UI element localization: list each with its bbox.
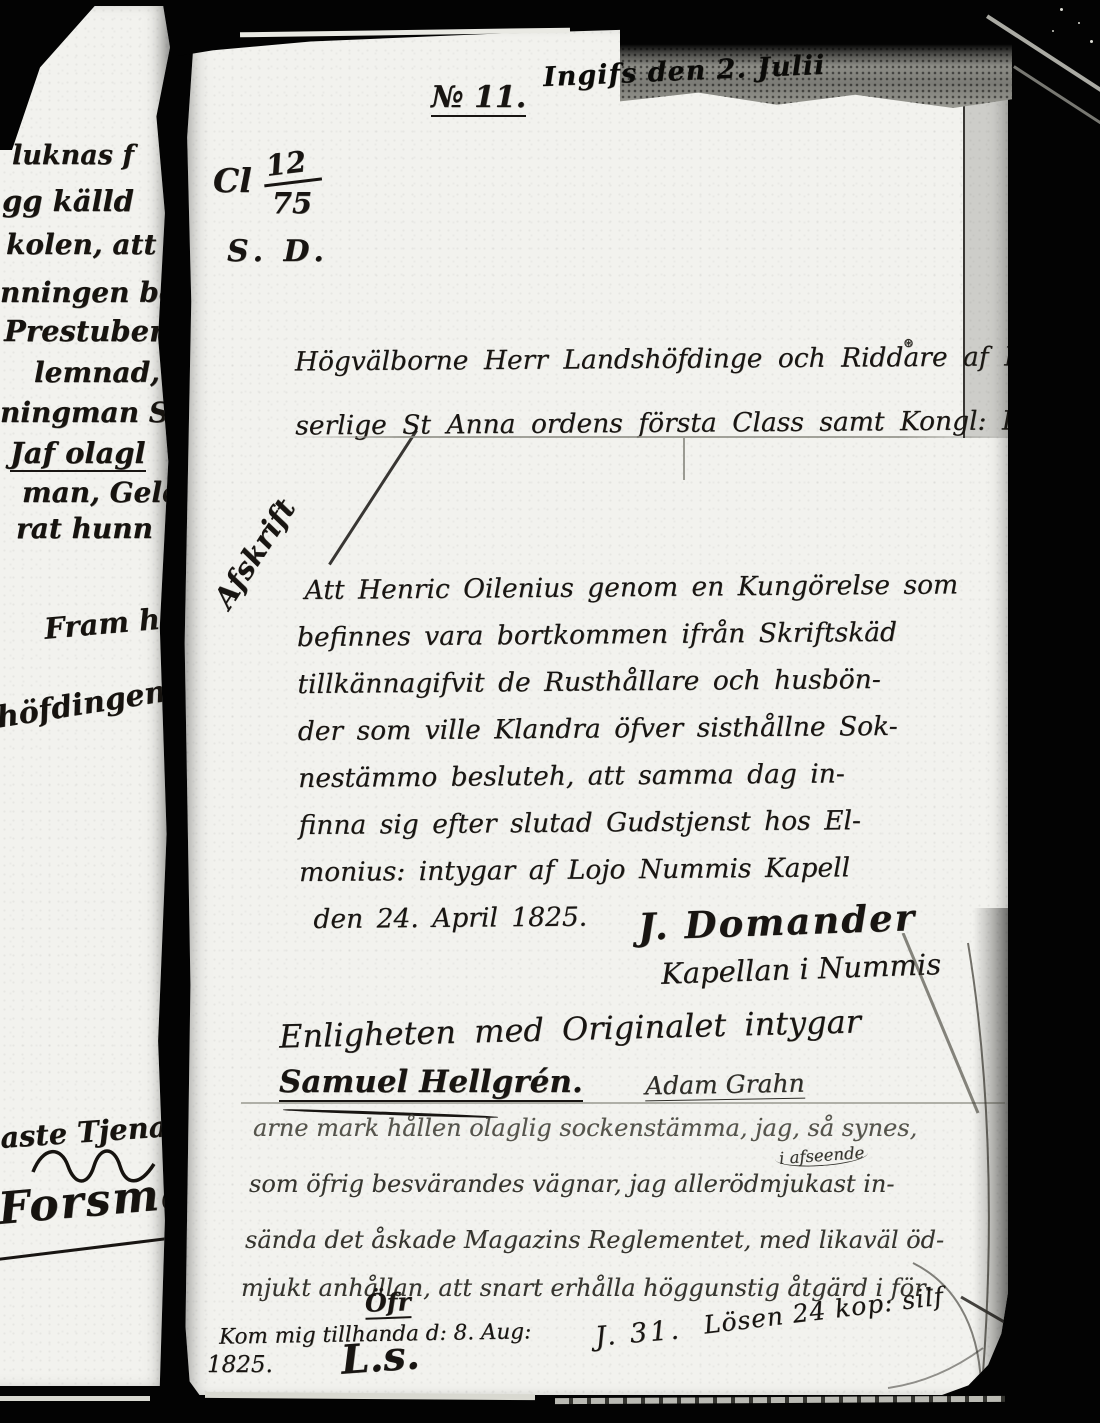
edge-shade: [973, 908, 1008, 1378]
salutation-abbrev: S. D.: [227, 234, 329, 269]
seam-line-upper: [293, 436, 1005, 438]
greeting-line: Högvälborne Herr Landshöfdinge och Ridda…: [295, 326, 1001, 395]
margin-shade: [965, 88, 1008, 438]
left-page-fragment: Jaf olagl: [10, 436, 146, 472]
left-page-fragment: man, Gele: [22, 476, 170, 509]
left-page-fragment: luknas f: [12, 140, 134, 171]
doc-number: № 11.: [431, 80, 526, 115]
greeting-line: serlige St Anna ordens första Class samt…: [295, 390, 1001, 459]
body-line: der som ville Klandra öfver sisthållne S…: [298, 702, 1013, 755]
copy-annotation: Afskrift: [207, 493, 303, 615]
insertion-note: i afseende: [774, 1143, 869, 1169]
body-line: Att Henric Oilenius genom en Kungörelse …: [296, 561, 1011, 614]
left-page-fragment: kolen, att d: [6, 228, 170, 261]
greeting: Högvälborne Herr Landshöfdinge och Ridda…: [295, 326, 1002, 459]
signature-name: J. Domander: [637, 895, 916, 949]
class-mark-numerator: 12: [260, 143, 323, 188]
body-line: tillkännagifvit de Rusthållare och husbö…: [297, 655, 1012, 708]
page-edge-sliver: [555, 1396, 1005, 1404]
page-edge-sliver: [205, 1392, 535, 1400]
left-page-fragment: höfdingens: [0, 672, 170, 736]
seal-initials: L.s.: [339, 1331, 421, 1383]
paper-speck: [1052, 30, 1054, 32]
left-page: luknas f gg källd kolen, att d nningen b…: [0, 6, 170, 1386]
received-year: 1825.: [207, 1352, 273, 1378]
class-mark-prefix: Cl: [213, 161, 252, 200]
left-page-fragment: lemnad, at: [34, 356, 170, 389]
body-line: monius: intygar af Lojo Nummis Kapell: [299, 843, 1014, 896]
under-letter-closing: Öfr: [364, 1287, 411, 1320]
left-page-fragment: Fram hä: [43, 600, 170, 646]
class-mark: Cl1275: [213, 146, 320, 220]
body-paragraph: Att Henric Oilenius genom en Kungörelse …: [296, 561, 1014, 943]
under-letter-line: som öfrig besvärandes vägnar, jag allerö…: [249, 1170, 894, 1198]
under-letter-line: arne mark hållen olaglig sockenstämma, j…: [253, 1114, 917, 1142]
class-mark-denominator: 75: [262, 184, 320, 220]
main-page: № 11. Cl1275 S. D. ⊛ Högvälborne Herr La…: [183, 28, 1008, 1395]
paper-speck: [1090, 40, 1093, 43]
document-scan: luknas f gg källd kolen, att d nningen b…: [0, 0, 1100, 1423]
page-edge-sliver: [0, 1396, 150, 1401]
body-line: finna sig efter slutad Gudstjenst hos El…: [298, 796, 1013, 849]
left-page-fragment: ningman Su: [0, 396, 170, 429]
journal-number: J. 31.: [594, 1314, 683, 1352]
under-letter-line: sända det åskade Magazins Reglementet, m…: [245, 1226, 944, 1254]
certifier-signature-2: Adam Grahn: [645, 1069, 805, 1102]
seam-tick: [683, 438, 685, 480]
signature-underline: [0, 1233, 170, 1262]
scratch-streak: [1013, 65, 1100, 127]
left-page-fragment: nningen bes: [0, 276, 170, 309]
left-page-fragment: gg källd: [2, 184, 134, 218]
doc-number-label: № 11.: [431, 80, 526, 117]
body-line: befinnes vara bortkommen ifrån Skriftskä…: [297, 608, 1012, 661]
left-page-fragment: Prestuberv: [4, 314, 170, 348]
body-line: nestämmo besluteh, att samma dag in-: [298, 749, 1013, 802]
certifier-signature-1: Samuel Hellgrén.: [279, 1064, 583, 1102]
certification-statement: Enligheten med Originalet intygar: [279, 1002, 862, 1055]
paper-speck: [1078, 22, 1080, 24]
paper-speck: [1060, 8, 1063, 11]
left-page-fragment: rat hunn: [16, 512, 153, 545]
